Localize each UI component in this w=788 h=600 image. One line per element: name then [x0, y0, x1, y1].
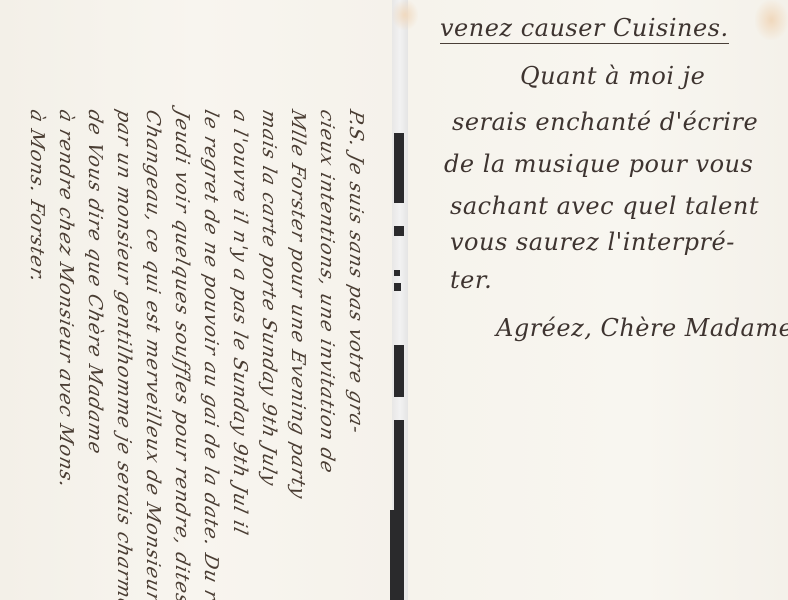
- letter-line: de la musique pour vous: [444, 150, 753, 178]
- letter-line: Quant à moi je: [520, 62, 705, 90]
- postscript-line: à rendre chez Monsieur avec Mons.: [51, 106, 80, 593]
- postscript-line: par un monsieur gentilhomme je serais ch…: [109, 106, 138, 593]
- postscript-line: Jeudi voir quelques souffles pour rendre…: [167, 106, 196, 593]
- torn-edge-shadow: [394, 270, 400, 276]
- torn-edge-shadow: [390, 510, 404, 600]
- torn-edge-shadow: [394, 420, 404, 510]
- torn-edge-shadow: [394, 226, 404, 236]
- postscript-line: à Mons. Forster.: [22, 106, 51, 593]
- torn-edge-shadow: [394, 133, 404, 203]
- postscript-line: a l'ouvre il n'y a pas le Sunday 9th Jul…: [225, 106, 254, 593]
- torn-edge-shadow: [394, 345, 404, 397]
- postscript-line: de Vous dire que Chère Madame: [80, 106, 109, 593]
- postscript-line: mais la carte porte Sunday 9th July: [254, 106, 283, 593]
- postscript-line: Changeau, ce qui est merveilleux de Mons…: [138, 106, 167, 593]
- letter-line: serais enchanté d'écrire: [452, 108, 758, 136]
- postscript-line: P.S. Je suis sans pas votre gra-: [341, 106, 370, 593]
- letter-line-text: venez causer Cuisines.: [440, 14, 729, 44]
- letter-line: sachant avec quel talent: [450, 192, 759, 220]
- left-page-postscript: P.S. Je suis sans pas votre gra- cieux i…: [10, 110, 370, 590]
- letter-line: venez causer Cuisines.: [440, 14, 729, 42]
- postscript-line: le regret de ne pouvoir au gai de la dat…: [196, 106, 225, 593]
- paper-stain: [755, 0, 788, 40]
- letter-line: vous saurez l'interpré-: [450, 228, 735, 256]
- right-page: [408, 0, 788, 600]
- letter-line: Agréez, Chère Madame: [496, 314, 788, 342]
- paper-stain: [392, 0, 418, 30]
- postscript-line: cieux intentions, une invitation de: [312, 106, 341, 593]
- torn-edge-shadow: [394, 283, 401, 291]
- letter-line: ter.: [450, 266, 492, 294]
- postscript-line: Mlle Forster pour une Evening party: [283, 106, 312, 593]
